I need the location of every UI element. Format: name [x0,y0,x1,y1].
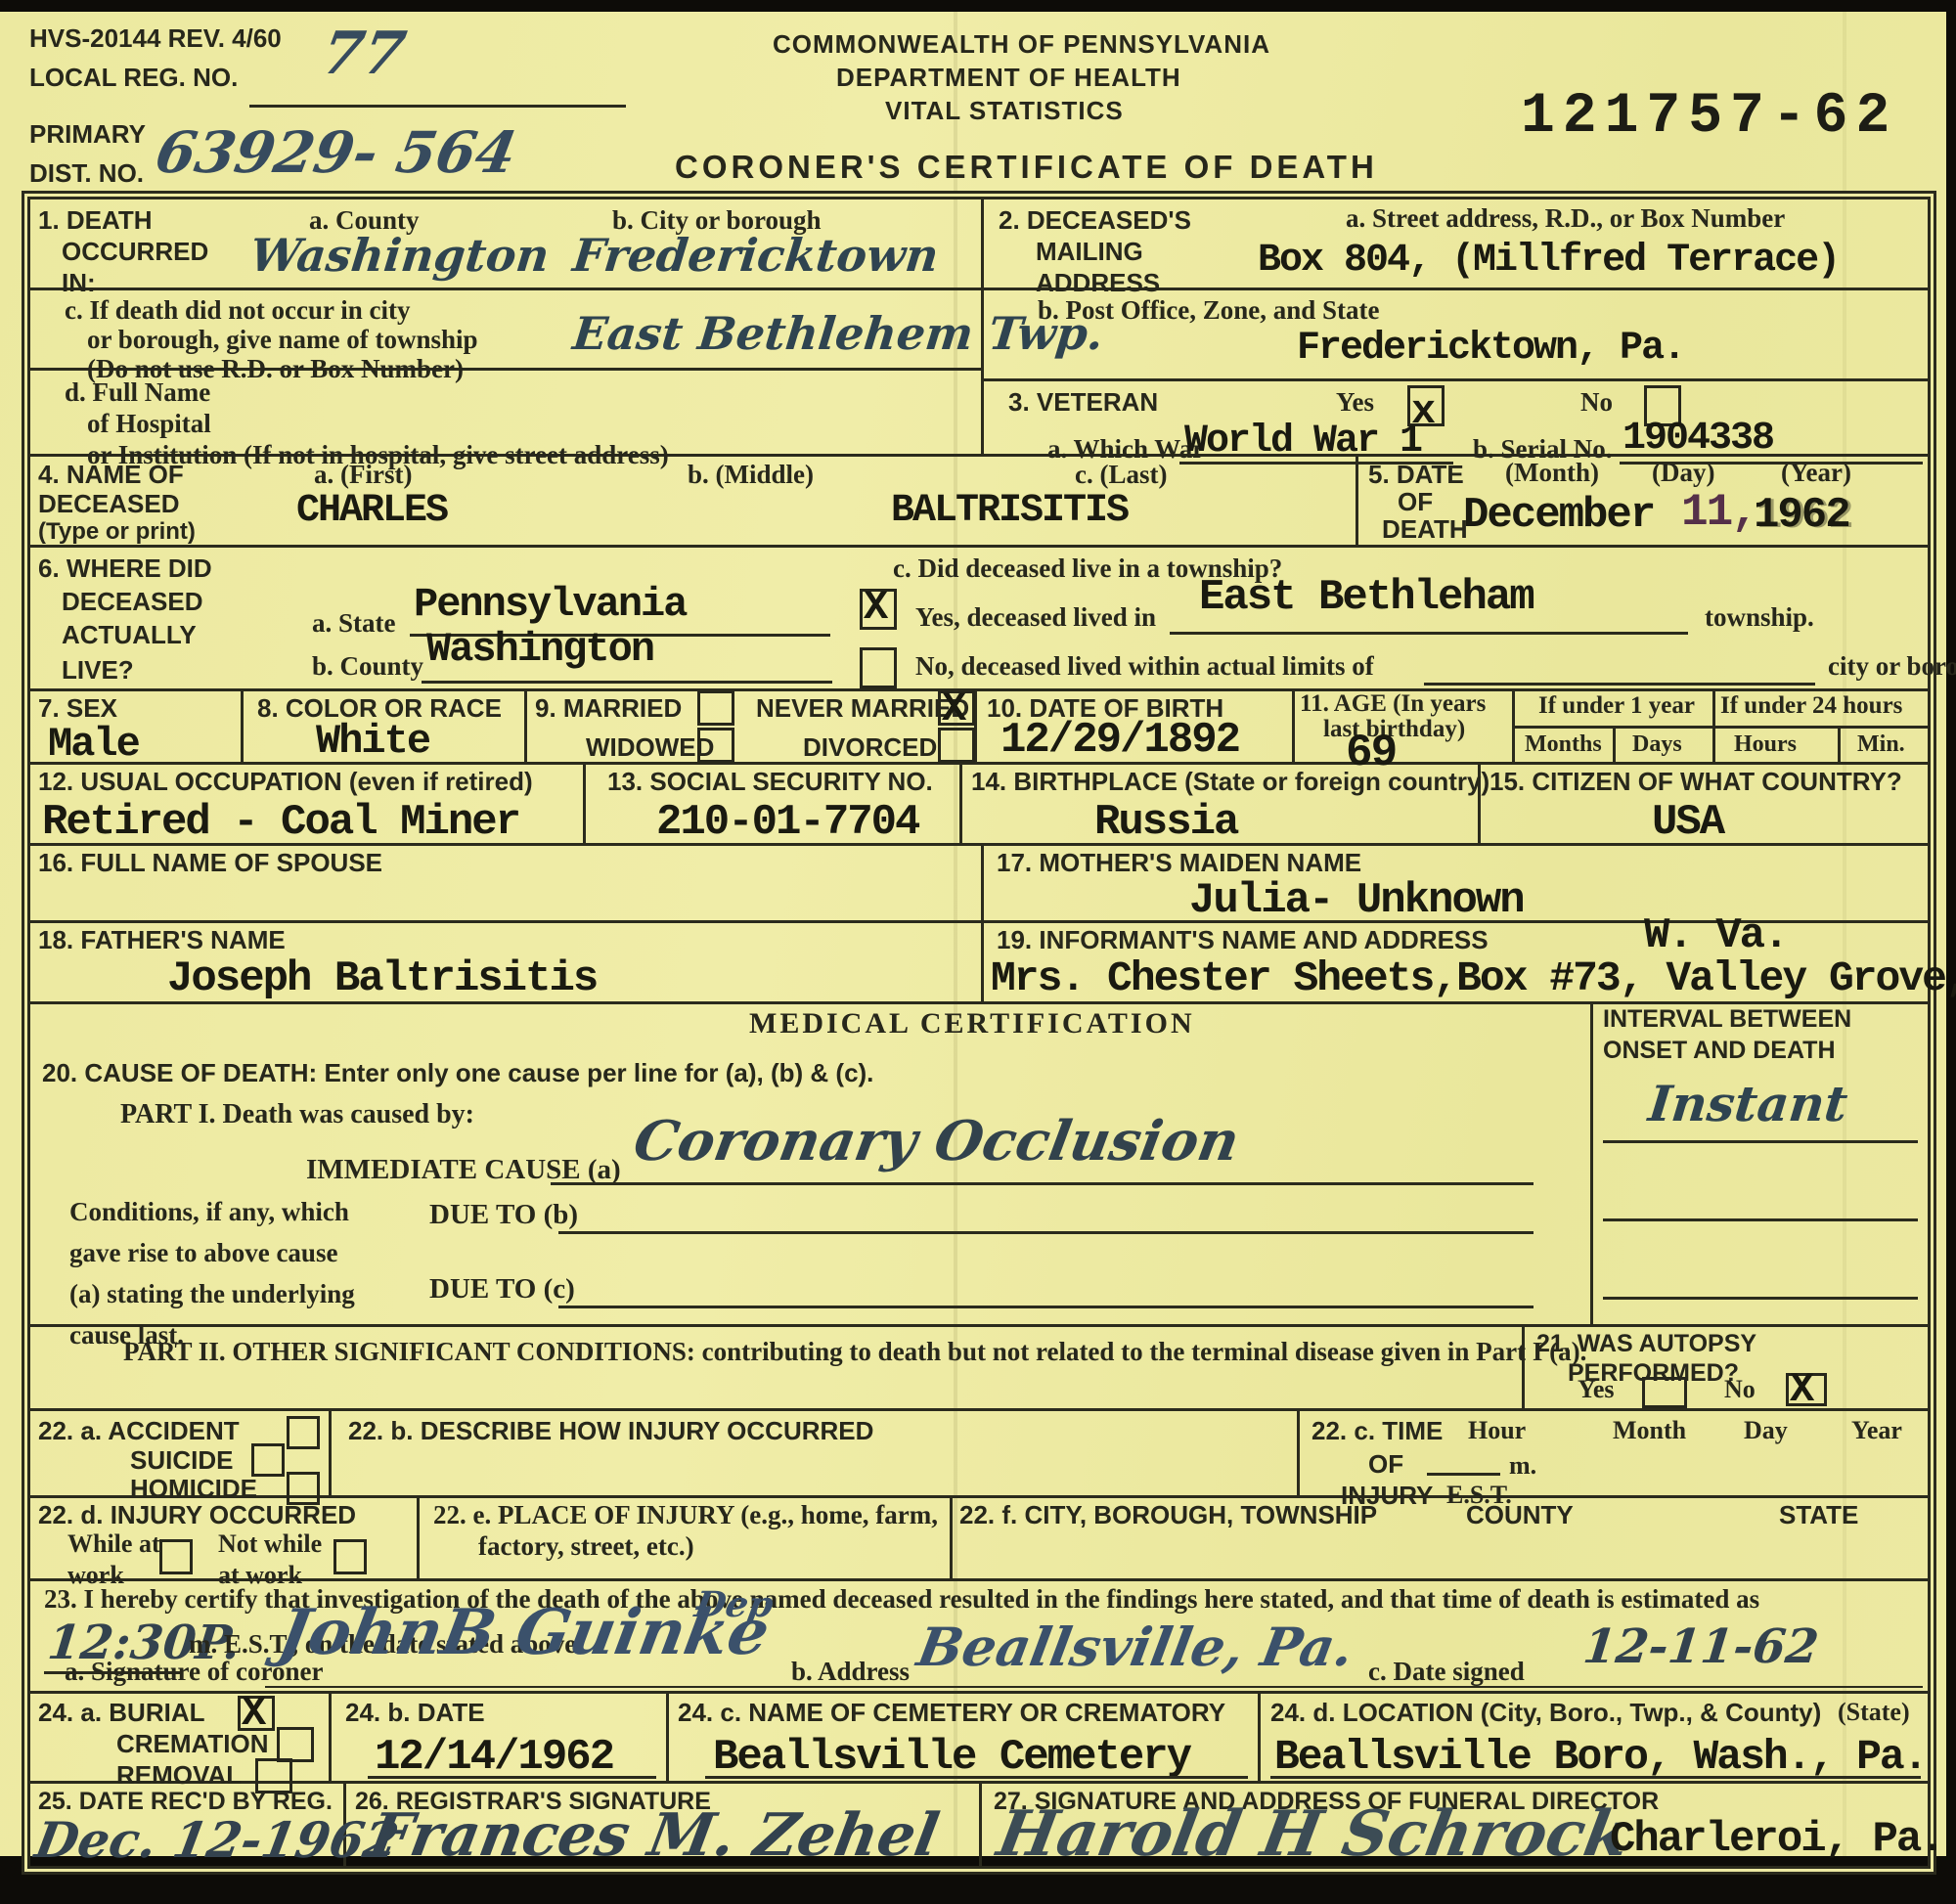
veteran-yes-label: Yes [1336,387,1374,418]
field6-title: ACTUALLY [62,620,197,650]
injury-city-label: 22. f. CITY, BOROUGH, TOWNSHIP [959,1500,1377,1530]
mother-maiden-value: Julia- Unknown [1189,876,1524,925]
father-name-value: Joseph Baltrisitis [167,954,597,1003]
conditions-note: Conditions, if any, which [69,1197,349,1227]
township-no-checkbox [860,647,897,688]
death-year-value: 1962 [1754,491,1849,540]
spouse-label: 16. FULL NAME OF SPOUSE [38,848,382,878]
township-no-text: No, deceased lived within actual limits … [915,651,1374,682]
burial-location-value: Beallsville Boro, Wash., Pa. [1274,1733,1927,1781]
race-value: White [316,718,429,765]
rule [241,688,244,762]
describe-injury-label: 22. b. DESCRIBE HOW INJURY OCCURRED [348,1416,873,1446]
primary-dist-value: 63929- 564 [151,119,521,186]
rule [368,1776,656,1779]
field4-title: DECEASED [38,489,179,519]
rule [583,762,586,843]
street-address-label: a. Street address, R.D., or Box Number [1346,203,1785,234]
rule [30,1408,1928,1411]
field5-title: 5. DATE [1368,460,1464,490]
state-label: a. State [312,608,395,639]
meridiem-label: m. [1509,1451,1536,1481]
rule [1603,1140,1918,1143]
rule [705,1776,1248,1779]
occupation-label: 12. USUAL OCCUPATION (even if retired) [38,767,533,797]
org-line-2: DEPARTMENT OF HEALTH [836,63,1181,93]
rule [558,1306,1534,1308]
rule [1838,726,1841,762]
county-residence-label: b. County [312,651,423,682]
age-label: 11. AGE (In years [1300,690,1486,718]
form-number: HVS-20144 REV. 4/60 [29,23,282,54]
never-married-checkbox: X [938,690,975,726]
ssn-value: 210-01-7704 [656,798,918,847]
post-office-value: Fredericktown, Pa. [1297,327,1684,371]
time-of-injury-label: 22. c. TIME [1311,1416,1443,1446]
county-value: Washington [247,229,552,282]
autopsy-no-label: No [1724,1375,1756,1404]
autopsy-yes-checkbox [1642,1377,1687,1408]
time-of-injury-label: OF [1368,1449,1403,1480]
cremation-checkbox [277,1727,314,1762]
org-line-3: VITAL STATISTICS [885,96,1124,126]
rule [329,1408,332,1495]
rule [30,762,1928,765]
hospital-label: of Hospital [87,409,211,439]
not-while-at-work-label: Not while [218,1529,322,1559]
township-yes-checkbox: X [860,589,897,630]
suicide-checkbox [251,1443,285,1477]
place-of-injury-label: factory, street, etc.) [478,1531,694,1562]
field2-title: MAILING [1036,237,1143,267]
suicide-label: SUICIDE [130,1445,233,1476]
rule [417,1495,420,1578]
rule [1270,1776,1921,1779]
occupation-value: Retired - Coal Miner [42,798,519,847]
informant-value: Mrs. Chester Sheets,Box #73, Valley Grov… [991,954,1956,1002]
field6-title: DECEASED [62,587,202,617]
year-label: (Year) [1781,458,1851,488]
divorced-checkbox [938,728,975,763]
hour-label: Hour [1468,1416,1526,1445]
scanned-death-certificate: HVS-20144 REV. 4/60 LOCAL REG. NO. 77 PR… [0,0,1956,1904]
citizen-label: 15. CITIZEN OF WHAT COUNTRY? [1489,767,1902,797]
rule [558,1231,1534,1234]
citizen-value: USA [1652,798,1723,847]
coroner-address-label: b. Address [791,1657,910,1687]
date-signed-label: c. Date signed [1368,1657,1525,1687]
rule [524,688,527,762]
funeral-director-signature: Harold H Schrock [992,1797,1634,1871]
day-label: (Day) [1652,458,1714,488]
last-name-value: BALTRISITIS [891,489,1128,533]
burial-date-label: 24. b. DATE [345,1698,485,1728]
field4-title: (Type or print) [38,518,196,546]
funeral-director-address-value: Charleroi, Pa. [1610,1815,1944,1864]
widowed-checkbox [697,728,734,763]
sex-label: 7. SEX [38,693,117,724]
last-name-label: c. (Last) [1075,460,1167,490]
veteran-label: 3. VETERAN [1008,387,1158,418]
rule [979,1781,982,1866]
rule [422,681,832,684]
accident-label: 22. a. ACCIDENT [38,1416,240,1446]
rule [1512,726,1928,729]
street-address-value: Box 804, (Millfred Terrace) [1258,239,1839,283]
under-1-year-label: If under 1 year [1538,692,1695,720]
burial-checkbox: X [238,1696,275,1731]
due-to-b-label: DUE TO (b) [429,1199,578,1231]
mother-maiden-label: 17. MOTHER'S MAIDEN NAME [997,848,1361,878]
death-month-value: December [1463,491,1654,540]
rule [1356,454,1358,545]
township-yes-text: Yes, deceased lived in [915,602,1156,633]
rule [1170,632,1688,635]
certificate-paper: HVS-20144 REV. 4/60 LOCAL REG. NO. 77 PR… [0,12,1946,1856]
certificate-title: CORONER'S CERTIFICATE OF DEATH [675,149,1378,186]
field1-title: OCCURRED [62,237,208,267]
medical-certification-title: MEDICAL CERTIFICATION [749,1007,1195,1041]
rule [551,1182,1534,1185]
rule [981,378,1928,381]
cremation-label: CREMATION [116,1729,269,1759]
informant-state-value: W. Va. [1644,911,1787,960]
while-at-work-label: While at [67,1529,160,1559]
city-borough-suffix: city or borough. [1828,651,1956,682]
which-war-value: World War 1 [1184,420,1421,464]
rule [1427,1473,1500,1476]
months-label: Months [1525,731,1602,758]
rule [30,1324,1928,1327]
days-label: Days [1632,731,1682,758]
veteran-no-label: No [1580,387,1613,418]
post-office-label: b. Post Office, Zone, and State [1038,295,1379,326]
rule [1258,1691,1261,1781]
rule [30,1578,1928,1581]
autopsy-no-mark: X [1790,1366,1814,1413]
township-note: c. If death did not occur in city [65,295,411,326]
burial-location-state-label: (State) [1838,1698,1910,1727]
part1-label: PART I. Death was caused by: [120,1099,474,1130]
married-label: 9. MARRIED [535,693,682,724]
first-name-label: a. (First) [314,460,412,490]
date-signed-value: 12-11-62 [1580,1619,1821,1674]
coroner-address-value: Beallsville, Pa. [912,1616,1358,1678]
rule [1613,726,1616,762]
rule [959,762,962,843]
day-label: Day [1744,1416,1788,1445]
field2-title: ADDRESS [1036,268,1160,298]
removal-label: REMOVAL [116,1760,242,1791]
rule [1292,688,1295,762]
autopsy-no-checkbox: X [1786,1373,1827,1406]
date-received-value: Dec. 12-1962 [31,1811,403,1869]
death-day-value: 11, [1681,487,1756,538]
while-at-work-checkbox [159,1539,193,1574]
due-to-c-label: DUE TO (c) [429,1273,575,1306]
divorced-label: DIVORCED [803,732,937,763]
conditions-note: gave rise to above cause [69,1238,337,1268]
burial-location-label: 24. d. LOCATION (City, Boro., Twp., & Co… [1270,1698,1821,1728]
rule [666,1691,669,1781]
autopsy-label: 21. WAS AUTOPSY [1536,1330,1756,1358]
rule [950,1495,953,1578]
rule [1603,1218,1918,1221]
field4-title: 4. NAME OF [38,460,184,490]
township-note: or borough, give name of township [87,325,478,355]
widowed-label: WIDOWED [586,732,714,763]
field5-title: OF [1398,487,1433,517]
under-24-hours-label: If under 24 hours [1720,692,1902,720]
township-yes-mark: X [864,584,888,631]
rule [30,1691,1928,1694]
local-reg-label: LOCAL REG. NO. [29,63,238,93]
rule [1603,1297,1918,1300]
rule [1424,683,1815,686]
accident-checkbox [287,1416,320,1449]
conditions-note: (a) stating the underlying [69,1279,355,1309]
first-name-value: CHARLES [296,489,447,533]
rule [1590,1001,1593,1324]
sex-value: Male [48,721,139,768]
serial-no-value: 1904338 [1623,417,1773,461]
rule [265,1686,1923,1688]
org-line-1: COMMONWEALTH OF PENNSYLVANIA [773,29,1270,60]
township-suffix: township. [1705,602,1814,633]
cemetery-label: 24. c. NAME OF CEMETERY OR CREMATORY [678,1698,1225,1728]
birth-date-value: 12/29/1892 [1000,716,1239,765]
rule [981,843,984,1001]
injury-state-label: STATE [1779,1500,1858,1530]
township-residence-value: East Bethleham [1199,573,1534,622]
informant-label: 19. INFORMANT'S NAME AND ADDRESS [997,925,1489,955]
coroner-signature-suffix: Dep [691,1584,777,1625]
township-value: East Bethlehem Twp. [570,307,1106,360]
registrar-signature: Frances M. Zehel [365,1801,944,1870]
place-of-injury-label: 22. e. PLACE OF INJURY (e.g., home, farm… [433,1500,938,1530]
state-value: Pennsylvania [414,581,686,628]
part2-label: PART II. OTHER SIGNIFICANT CONDITIONS: c… [123,1337,1586,1367]
injury-county-label: COUNTY [1466,1500,1574,1530]
injury-occurred-label: 22. d. INJURY OCCURRED [38,1500,356,1530]
primary-label: PRIMARY [29,119,146,150]
interval-label: ONSET AND DEATH [1603,1037,1836,1065]
city-borough-value: Fredericktown [570,229,941,282]
married-checkbox [697,690,734,726]
rule [30,920,1928,923]
hospital-label: d. Full Name [65,377,210,408]
burial-label: 24. a. BURIAL [38,1698,205,1728]
certificate-number-stamp: 121757-62 [1521,85,1897,149]
field5-title: DEATH [1382,514,1468,545]
rule [329,1691,332,1781]
ssn-label: 13. SOCIAL SECURITY NO. [607,767,933,797]
hours-label: Hours [1734,731,1797,758]
rule [30,288,981,290]
field1-title: 1. DEATH [38,205,153,236]
year-label: Year [1851,1416,1902,1445]
never-married-mark: X [942,686,966,732]
month-label: Month [1613,1416,1686,1445]
birthplace-label: 14. BIRTHPLACE (State or foreign country… [971,767,1489,797]
rule [1297,1408,1300,1495]
county-residence-value: Washington [426,626,653,673]
cause-of-death-label: 20. CAUSE OF DEATH: Enter only one cause… [42,1058,873,1088]
interval-value: Instant [1646,1075,1850,1132]
burial-date-value: 12/14/1962 [375,1733,613,1782]
month-label: (Month) [1505,458,1599,488]
rule [249,105,626,108]
field1-title: IN: [62,268,96,298]
father-name-label: 18. FATHER'S NAME [38,925,286,955]
certificate-form: 1. DEATH OCCURRED IN: a. County b. City … [22,191,1936,1875]
min-label: Min. [1857,731,1905,758]
interval-label: INTERVAL BETWEEN [1603,1005,1851,1034]
field2-title: 2. DECEASED'S [999,205,1191,236]
rule [30,545,1928,548]
rule [30,688,1928,691]
immediate-cause-value: Coronary Occlusion [629,1109,1244,1173]
autopsy-yes-label: Yes [1578,1375,1615,1404]
field6-title: LIVE? [62,655,134,686]
birthplace-value: Russia [1094,798,1237,847]
dist-no-label: DIST. NO. [29,158,144,189]
not-while-at-work-checkbox [333,1539,367,1574]
cemetery-value: Beallsville Cemetery [713,1733,1190,1782]
local-reg-value: 77 [317,20,411,88]
field6-title: 6. WHERE DID [38,553,212,584]
middle-name-label: b. (Middle) [688,460,814,490]
